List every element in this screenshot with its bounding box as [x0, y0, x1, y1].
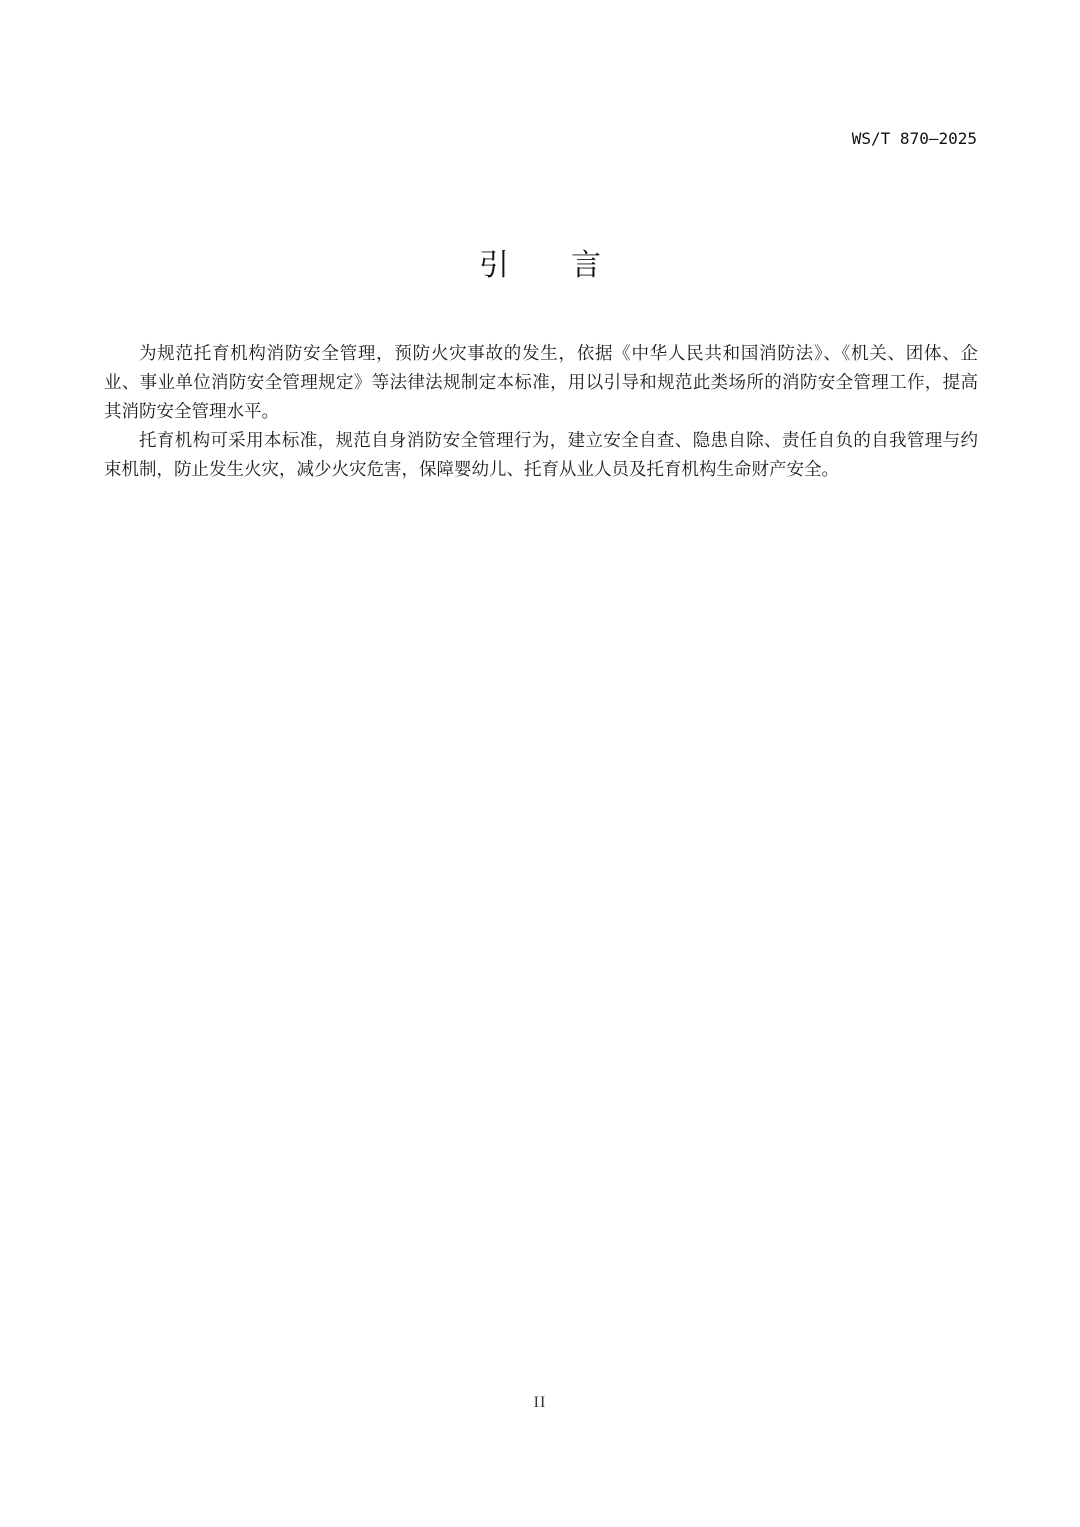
title-char-2: 言: [571, 240, 601, 284]
introduction-body: 为规范托育机构消防安全管理，预防火灾事故的发生，依据《中华人民共和国消防法》、《…: [104, 340, 978, 485]
title-char-1: 引: [479, 240, 509, 284]
page-title: 引言: [0, 240, 1080, 284]
page-number: II: [0, 1394, 1080, 1412]
paragraph-2: 托育机构可采用本标准，规范自身消防安全管理行为，建立安全自查、隐患自除、责任自负…: [104, 427, 978, 485]
paragraph-1: 为规范托育机构消防安全管理，预防火灾事故的发生，依据《中华人民共和国消防法》、《…: [104, 340, 978, 427]
standard-code: WS/T 870—2025: [852, 129, 977, 148]
